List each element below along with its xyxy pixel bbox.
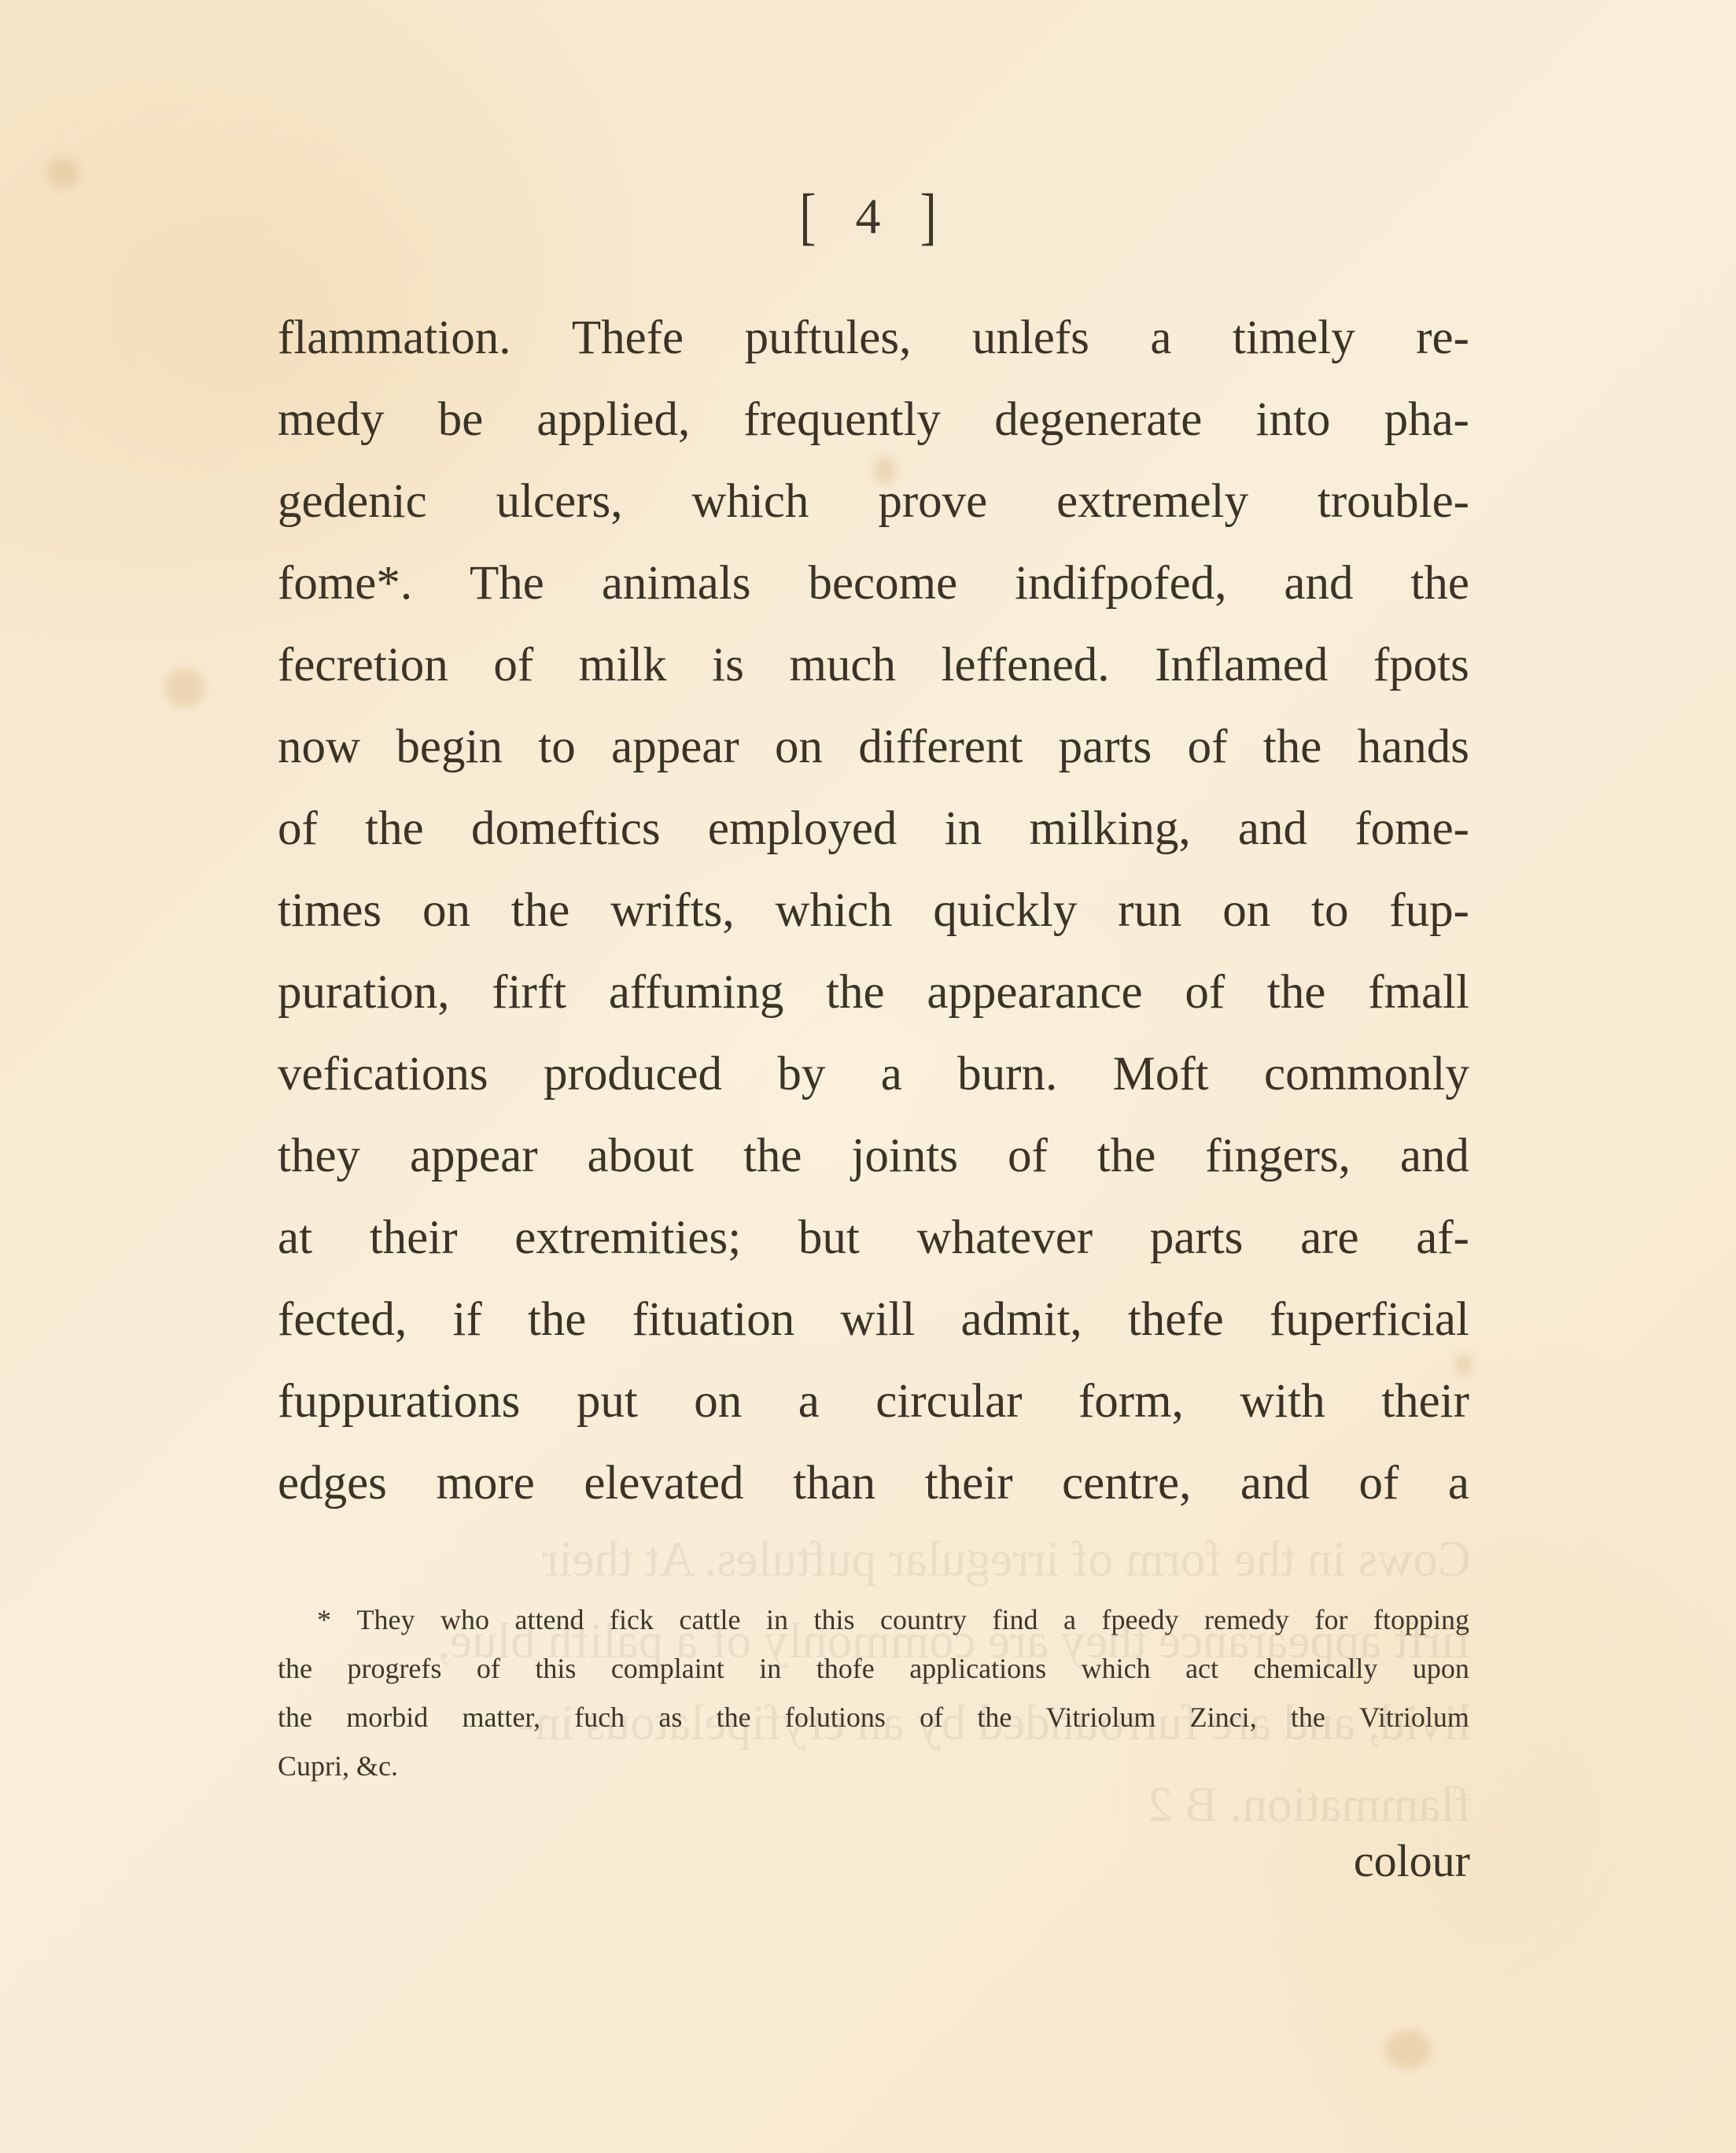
word: attend xyxy=(515,1595,584,1644)
word: this xyxy=(813,1595,854,1644)
word: the xyxy=(365,788,424,870)
word: parts xyxy=(1150,1197,1244,1279)
word: ftopping xyxy=(1373,1595,1469,1644)
word: of xyxy=(1185,952,1225,1034)
word: milking, xyxy=(1030,788,1191,870)
word: as xyxy=(658,1693,682,1742)
word: fuperficial xyxy=(1270,1279,1469,1361)
text-line: puration,firftaffumingtheappearanceofthe… xyxy=(278,952,1469,1034)
text-line: edgesmoreelevatedthantheircentre,andofa xyxy=(278,1443,1469,1524)
word: more xyxy=(436,1443,534,1524)
word: the xyxy=(1267,952,1326,1034)
word: burn. xyxy=(957,1034,1057,1115)
word: country xyxy=(880,1595,967,1644)
word: with xyxy=(1240,1361,1325,1443)
word: thefe xyxy=(1128,1279,1224,1361)
word: form, xyxy=(1078,1361,1184,1443)
word: chemically xyxy=(1254,1644,1378,1693)
word: the xyxy=(278,1693,312,1742)
text-line: flammation.Thefepuftules,unlefsatimelyre… xyxy=(278,297,1469,379)
word: their xyxy=(925,1443,1013,1524)
word: in xyxy=(766,1595,788,1644)
word: fome- xyxy=(1355,788,1469,870)
word: different xyxy=(858,706,1023,788)
word: applications xyxy=(909,1644,1046,1693)
foxing-stain xyxy=(165,669,205,708)
word: Inflamed xyxy=(1155,625,1328,706)
word: the xyxy=(1263,706,1322,788)
word: but xyxy=(798,1197,860,1279)
word: a xyxy=(1063,1595,1076,1644)
word: and xyxy=(1238,788,1307,870)
word: frequently xyxy=(743,379,941,461)
word: trouble- xyxy=(1318,461,1469,543)
footnote-line: theprogrefsofthiscomplaintinthofeapplica… xyxy=(278,1644,1469,1693)
word: thofe xyxy=(816,1644,875,1693)
word: hands xyxy=(1358,706,1469,788)
footnote-line: Cupri, &c. xyxy=(278,1742,1469,1790)
text-line: medybeapplied,frequentlydegenerateintoph… xyxy=(278,379,1469,461)
word: timely xyxy=(1233,297,1355,379)
word: the xyxy=(278,1644,312,1693)
word: elevated xyxy=(584,1443,743,1524)
word: will xyxy=(840,1279,915,1361)
word: domeftics xyxy=(471,788,661,870)
word: on xyxy=(775,706,823,788)
word: employed xyxy=(708,788,897,870)
word: than xyxy=(793,1443,875,1524)
word: affuming xyxy=(609,952,784,1034)
word: re- xyxy=(1416,297,1469,379)
word: this xyxy=(535,1644,576,1693)
word: ulcers, xyxy=(496,461,623,543)
word: into xyxy=(1256,379,1331,461)
word: the xyxy=(1097,1115,1156,1197)
body-text: flammation.Thefepuftules,unlefsatimelyre… xyxy=(278,297,1469,1524)
bracket-close: ] xyxy=(920,180,937,253)
word: fected, xyxy=(278,1279,407,1361)
footnote-line: themorbidmatter,fuchasthefolutionsoftheV… xyxy=(278,1693,1469,1742)
word: act xyxy=(1185,1644,1218,1693)
word: wrifts, xyxy=(610,870,735,952)
word: times xyxy=(278,870,381,952)
word: * xyxy=(317,1595,331,1644)
word: extremities; xyxy=(514,1197,741,1279)
word: they xyxy=(278,1115,360,1197)
word: indifpofed, xyxy=(1015,543,1226,625)
word: folutions xyxy=(785,1693,886,1742)
word: the xyxy=(717,1693,751,1742)
word: fick xyxy=(610,1595,654,1644)
word: fuch xyxy=(574,1693,625,1742)
word: fingers, xyxy=(1205,1115,1351,1197)
word: puration, xyxy=(278,952,450,1034)
word: centre, xyxy=(1062,1443,1191,1524)
word: applied, xyxy=(536,379,690,461)
word: Thefe xyxy=(572,297,684,379)
word: and xyxy=(1284,543,1353,625)
word: fome*. xyxy=(278,543,412,625)
word: pha- xyxy=(1384,379,1469,461)
word: about xyxy=(587,1115,694,1197)
word: upon xyxy=(1413,1644,1469,1693)
word: and xyxy=(1240,1443,1310,1524)
word: of xyxy=(1359,1443,1399,1524)
text-line: gedeniculcers,whichproveextremelytrouble… xyxy=(278,461,1469,543)
text-line: ofthedomefticsemployedinmilking,andfome- xyxy=(278,788,1469,870)
word: commonly xyxy=(1264,1034,1469,1115)
word: of xyxy=(1008,1115,1048,1197)
foxing-stain xyxy=(47,157,79,189)
word: to xyxy=(1311,870,1348,952)
book-page: Cows in the form of irregular puftules. … xyxy=(0,0,1736,2153)
word: which xyxy=(1082,1644,1151,1693)
word: unlefs xyxy=(972,297,1089,379)
word: the xyxy=(528,1279,587,1361)
word: much xyxy=(789,625,896,706)
word: fecretion xyxy=(278,625,448,706)
word: edges xyxy=(278,1443,387,1524)
footnote: *Theywhoattendfickcattleinthiscountryfin… xyxy=(278,1595,1469,1790)
word: The xyxy=(470,543,544,625)
word: put xyxy=(577,1361,638,1443)
word: vefications xyxy=(278,1034,488,1115)
word: in xyxy=(759,1644,781,1693)
page-header: [4] xyxy=(0,187,1736,245)
word: to xyxy=(538,706,575,788)
word: cattle xyxy=(679,1595,740,1644)
catchword: colour xyxy=(1354,1834,1470,1887)
word: matter, xyxy=(462,1693,540,1742)
bleed-through-line: Cows in the form of irregular puftules. … xyxy=(275,1518,1471,1600)
page-number: 4 xyxy=(856,187,881,245)
word: a xyxy=(1448,1443,1469,1524)
word: Moft xyxy=(1113,1034,1209,1115)
word: produced xyxy=(544,1034,722,1115)
word: now xyxy=(278,706,360,788)
word: be xyxy=(438,379,484,461)
word: fuppurations xyxy=(278,1361,520,1443)
word: the xyxy=(511,870,570,952)
word: begin xyxy=(396,706,503,788)
word: fup- xyxy=(1389,870,1469,952)
word: whatever xyxy=(917,1197,1093,1279)
word: is xyxy=(712,625,744,706)
word: the xyxy=(1410,543,1469,625)
text-line: fuppurationsputonacircularform,withtheir xyxy=(278,1361,1469,1443)
foxing-stain xyxy=(1384,2029,1432,2069)
word: They xyxy=(357,1595,415,1644)
word: their xyxy=(1381,1361,1469,1443)
bracket-open: [ xyxy=(799,180,816,253)
word: milk xyxy=(579,625,667,706)
word: appear xyxy=(410,1115,538,1197)
word: of xyxy=(1188,706,1228,788)
word: fpots xyxy=(1373,625,1469,706)
word: are xyxy=(1300,1197,1358,1279)
word: by xyxy=(777,1034,825,1115)
word: fmall xyxy=(1368,952,1469,1034)
text-line: fected,ifthefituationwilladmit,thefefupe… xyxy=(278,1279,1469,1361)
word: who xyxy=(440,1595,489,1644)
word: which xyxy=(691,461,809,543)
word: become xyxy=(808,543,957,625)
word: appear xyxy=(611,706,739,788)
word: of xyxy=(278,788,318,870)
text-line: attheirextremities;butwhateverpartsareaf… xyxy=(278,1197,1469,1279)
word: on xyxy=(1222,870,1270,952)
word: complaint xyxy=(611,1644,724,1693)
word: remedy xyxy=(1204,1595,1289,1644)
word: on xyxy=(694,1361,742,1443)
word: extremely xyxy=(1056,461,1248,543)
word: prove xyxy=(878,461,987,543)
word: fituation xyxy=(632,1279,795,1361)
word: of xyxy=(477,1644,500,1693)
word: appearance xyxy=(927,952,1142,1034)
word: morbid xyxy=(346,1693,428,1742)
word: circular xyxy=(875,1361,1022,1443)
word: of xyxy=(920,1693,943,1742)
word: the xyxy=(977,1693,1012,1742)
text-line: theyappearaboutthejointsofthefingers,and xyxy=(278,1115,1469,1197)
word: Zinci, xyxy=(1190,1693,1257,1742)
word: in xyxy=(945,788,982,870)
word: degenerate xyxy=(994,379,1202,461)
word: medy xyxy=(278,379,385,461)
text-line: fome*.Theanimalsbecomeindifpofed,andthe xyxy=(278,543,1469,625)
word: gedenic xyxy=(278,461,427,543)
word: animals xyxy=(602,543,751,625)
word: quickly xyxy=(933,870,1077,952)
footnote-line: *Theywhoattendfickcattleinthiscountryfin… xyxy=(278,1595,1469,1644)
word: the xyxy=(743,1115,802,1197)
word: a xyxy=(1150,297,1171,379)
word: their xyxy=(370,1197,458,1279)
word: the xyxy=(826,952,885,1034)
word: Vitriolum xyxy=(1046,1693,1156,1742)
word: admit, xyxy=(961,1279,1082,1361)
word: on xyxy=(422,870,470,952)
word: Vitriolum xyxy=(1359,1693,1469,1742)
word: firft xyxy=(492,952,566,1034)
word: af- xyxy=(1416,1197,1469,1279)
word: of xyxy=(493,625,533,706)
word: run xyxy=(1118,870,1181,952)
word: flammation. xyxy=(278,297,510,379)
word: the xyxy=(1291,1693,1325,1742)
word: if xyxy=(452,1279,481,1361)
word: and xyxy=(1400,1115,1469,1197)
word: joints xyxy=(851,1115,958,1197)
word: fpeedy xyxy=(1102,1595,1179,1644)
word: progrefs xyxy=(347,1644,441,1693)
word: puftules, xyxy=(745,297,912,379)
word: a xyxy=(798,1361,820,1443)
word: a xyxy=(881,1034,902,1115)
word: which xyxy=(775,870,892,952)
text-line: fecretionofmilkismuchleffened.Inflamedfp… xyxy=(278,625,1469,706)
word: leffened. xyxy=(942,625,1110,706)
text-line: nowbegintoappearondifferentpartsofthehan… xyxy=(278,706,1469,788)
text-line: timesonthewrifts,whichquicklyrunontofup- xyxy=(278,870,1469,952)
word: find xyxy=(993,1595,1038,1644)
text-line: veficationsproducedbyaburn.Moftcommonly xyxy=(278,1034,1469,1115)
word: for xyxy=(1314,1595,1347,1644)
word: parts xyxy=(1059,706,1152,788)
word: at xyxy=(278,1197,312,1279)
